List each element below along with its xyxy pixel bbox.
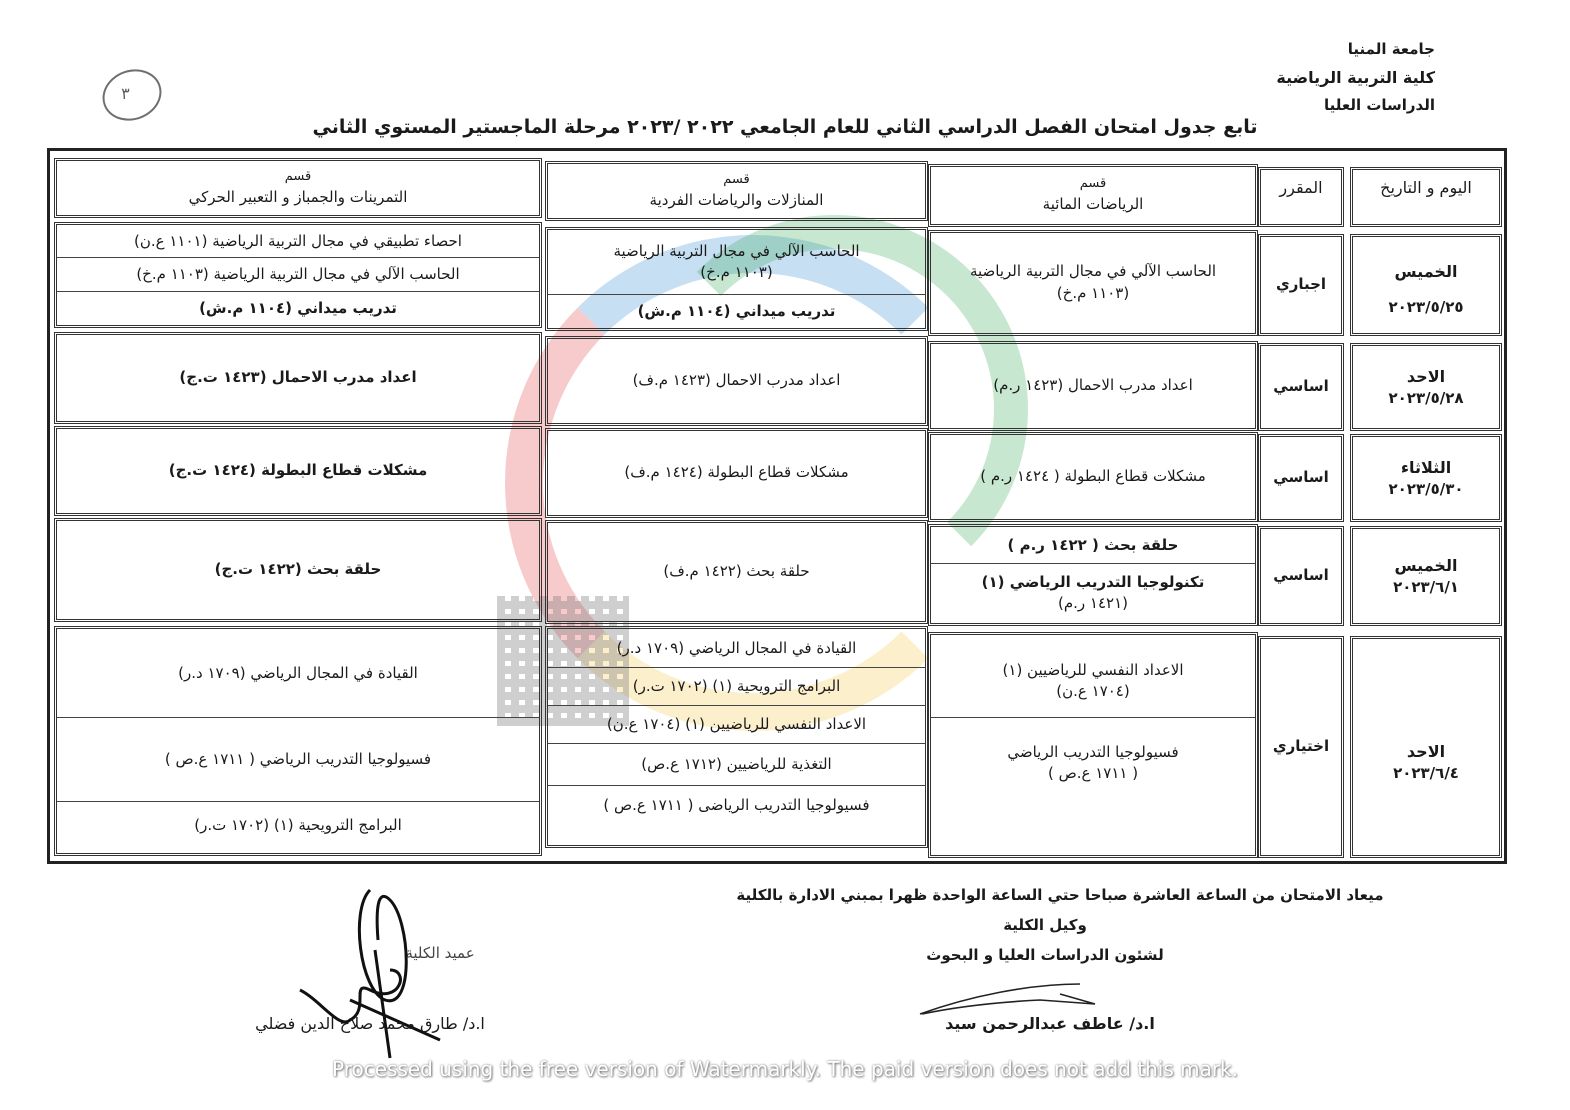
row2-type: اساسي	[1258, 343, 1344, 431]
course-type-label: اساسي	[1273, 467, 1328, 489]
vice-dean-title: وكيل الكلية	[900, 916, 1190, 934]
course-code: (١٧٠٤ ع.ن)	[1056, 681, 1129, 702]
row4-aquatic: حلقة بحث ( ١٤٢٢ ر.م ) تكنولوجيا التدريب …	[928, 524, 1258, 626]
course-name: حلقة بحث (١٤٢٢ ت.ج)	[215, 559, 382, 581]
course-name: اعداد مدرب الاحمال (١٤٢٣ ر.م)	[993, 375, 1193, 397]
course-name: حلقة بحث ( ١٤٢٢ ر.م )	[1008, 535, 1179, 556]
course-name: الحاسب الآلي في مجال التربية الرياضية	[970, 261, 1216, 283]
vice-dean-subtitle: لشئون الدراسات العليا و البحوث	[880, 946, 1210, 964]
course-name: مشكلات قطاع البطولة (١٤٢٤ ت.ج)	[169, 460, 428, 482]
university-name: جامعة المنيا	[1348, 40, 1435, 58]
page-title: تابع جدول امتحان الفصل الدراسي الثاني لل…	[280, 116, 1290, 138]
date-label: ٢٠٢٣/٦/٤	[1393, 763, 1459, 785]
row3-combat: مشكلات قطاع البطولة (١٤٢٤ م.ف)	[545, 428, 928, 518]
course-name: مشكلات قطاع البطولة (١٤٢٤ م.ف)	[624, 462, 848, 484]
course-name: مشكلات قطاع البطولة ( ١٤٢٤ ر.م )	[980, 466, 1206, 488]
day-label: الخميس	[1395, 260, 1458, 283]
dept-label: التمرينات والجمباز و التعبير الحركي	[189, 187, 408, 209]
row3-aquatic: مشكلات قطاع البطولة ( ١٤٢٤ ر.م )	[928, 432, 1258, 522]
course-name: البرامج الترويحية (١) (١٧٠٢ ت.ر)	[633, 676, 841, 697]
day-label: الاحد	[1407, 365, 1445, 388]
course-name: تدريب ميداني (١١٠٤ م.ش)	[199, 298, 397, 319]
dept-prefix: قسم	[1080, 175, 1106, 194]
row4-day-date: الخميس ٢٠٢٣/٦/١	[1350, 526, 1502, 626]
course-name: تدريب ميداني (١١٠٤ م.ش)	[638, 301, 836, 322]
day-label: الخميس	[1395, 554, 1458, 577]
course-name: الحاسب الآلي في مجال التربية الرياضية	[613, 241, 859, 262]
dean-name: ا.د/ طارق محمد صلاح الدين فضلي	[210, 1014, 530, 1033]
header-gymnastics: قسم التمرينات والجمباز و التعبير الحركي	[54, 158, 542, 218]
course-code: (١٤٢١ ر.م)	[1058, 593, 1128, 614]
course-code: (١١٠٣ م.خ)	[700, 262, 772, 283]
row1-gymnastics: احصاء تطبيقي في مجال التربية الرياضية (١…	[54, 222, 542, 328]
row5-day-date: الاحد ٢٠٢٣/٦/٤	[1350, 636, 1502, 858]
course-name: القيادة في المجال الرياضي (١٧٠٩ د.ر)	[178, 663, 418, 684]
row1-day-date: الخميس ٢٠٢٣/٥/٢٥	[1350, 234, 1502, 336]
exam-time-note: ميعاد الامتحان من الساعة العاشرة صباحا ح…	[690, 886, 1430, 904]
row5-gymnastics: القيادة في المجال الرياضي (١٧٠٩ د.ر) فسي…	[54, 626, 542, 856]
course-name: فسيولوجيا التدريب الرياضي	[1007, 742, 1178, 763]
course-name: اعداد مدرب الاحمال (١٤٢٣ ت.ج)	[179, 367, 416, 389]
course-type-label: اساسي	[1273, 376, 1328, 398]
course-name: التغذية للرياضيين (١٧١٢ ع.ص)	[641, 754, 831, 775]
course-type-label: اساسي	[1273, 565, 1328, 587]
row3-day-date: الثلاثاء ٢٠٢٣/٥/٣٠	[1350, 434, 1502, 522]
dept-label: المنازلات والرياضات الفردية	[650, 190, 824, 212]
row4-gymnastics: حلقة بحث (١٤٢٢ ت.ج)	[54, 518, 542, 622]
row1-aquatic: الحاسب الآلي في مجال التربية الرياضية (١…	[928, 230, 1258, 336]
page-number-stamp: ٣	[95, 61, 168, 129]
vice-dean-name: ا.د/ عاطف عبدالرحمن سيد	[920, 1014, 1180, 1033]
course-name: حلقة بحث (١٤٢٢ م.ف)	[663, 561, 809, 583]
course-name: تكنولوجيا التدريب الرياضي (١)	[982, 572, 1205, 593]
row2-gymnastics: اعداد مدرب الاحمال (١٤٢٣ ت.ج)	[54, 332, 542, 424]
course-type-label: اجباري	[1276, 274, 1326, 296]
course-name: فسيولوجيا التدريب الرياضى ( ١٧١١ ع.ص )	[603, 795, 869, 816]
dean-title: عميد الكلية	[380, 944, 500, 962]
dept-prefix: قسم	[723, 171, 749, 190]
course-name: الحاسب الآلي في مجال التربية الرياضية (١…	[136, 264, 459, 285]
header-day-date: اليوم و التاريخ	[1350, 167, 1502, 227]
row2-day-date: الاحد ٢٠٢٣/٥/٢٨	[1350, 343, 1502, 431]
course-type-label: اختياري	[1273, 736, 1329, 758]
dept-label: الرياضات المائية	[1043, 194, 1144, 216]
day-label: الاحد	[1407, 740, 1445, 763]
course-name: القيادة في المجال الرياضي (١٧٠٩ د.ر)	[617, 638, 857, 659]
row5-type: اختياري	[1258, 636, 1344, 858]
row5-aquatic: الاعداد النفسي للرياضيين (١) (١٧٠٤ ع.ن) …	[928, 632, 1258, 858]
course-name: الاعداد النفسي للرياضيين (١) (١٧٠٤ ع.ن)	[607, 714, 866, 735]
department-name: الدراسات العليا	[1324, 96, 1435, 114]
row4-type: اساسي	[1258, 526, 1344, 626]
header-combat: قسم المنازلات والرياضات الفردية	[545, 161, 928, 221]
row3-type: اساسي	[1258, 434, 1344, 522]
dean-signature	[290, 880, 490, 1060]
course-name: الاعداد النفسي للرياضيين (١)	[1003, 660, 1184, 681]
row3-gymnastics: مشكلات قطاع البطولة (١٤٢٤ ت.ج)	[54, 426, 542, 516]
day-label: الثلاثاء	[1401, 456, 1451, 479]
row2-combat: اعداد مدرب الاحمال (١٤٢٣ م.ف)	[545, 336, 928, 426]
date-label: ٢٠٢٣/٥/٢٨	[1388, 388, 1463, 410]
course-code: ( ١٧١١ ع.ص )	[1048, 763, 1138, 784]
date-label: ٢٠٢٣/٦/١	[1393, 577, 1459, 599]
header-label: المقرر	[1279, 176, 1322, 199]
course-name: اعداد مدرب الاحمال (١٤٢٣ م.ف)	[633, 370, 841, 392]
course-name: فسيولوجيا التدريب الرياضي ( ١٧١١ ع.ص )	[165, 749, 431, 770]
row5-combat: القيادة في المجال الرياضي (١٧٠٩ د.ر) الب…	[545, 626, 928, 848]
header-course-type: المقرر	[1258, 167, 1344, 227]
row2-aquatic: اعداد مدرب الاحمال (١٤٢٣ ر.م)	[928, 341, 1258, 431]
course-name: احصاء تطبيقي في مجال التربية الرياضية (١…	[134, 231, 462, 252]
header-aquatic: قسم الرياضات المائية	[928, 164, 1258, 227]
header-label: اليوم و التاريخ	[1380, 176, 1472, 199]
course-name: البرامج الترويحية (١) (١٧٠٢ ت.ر)	[194, 815, 402, 836]
row1-combat: الحاسب الآلي في مجال التربية الرياضية (١…	[545, 227, 928, 331]
faculty-name: كلية التربية الرياضية	[1276, 68, 1435, 87]
course-code: (١١٠٣ م.خ)	[1057, 283, 1129, 305]
row4-combat: حلقة بحث (١٤٢٢ م.ف)	[545, 520, 928, 624]
date-label: ٢٠٢٣/٥/٣٠	[1388, 479, 1463, 501]
row1-type: اجباري	[1258, 234, 1344, 336]
dept-prefix: قسم	[285, 168, 311, 187]
watermark-notice: Processed using the free version of Wate…	[280, 1057, 1290, 1081]
date-label: ٢٠٢٣/٥/٢٥	[1388, 297, 1463, 319]
